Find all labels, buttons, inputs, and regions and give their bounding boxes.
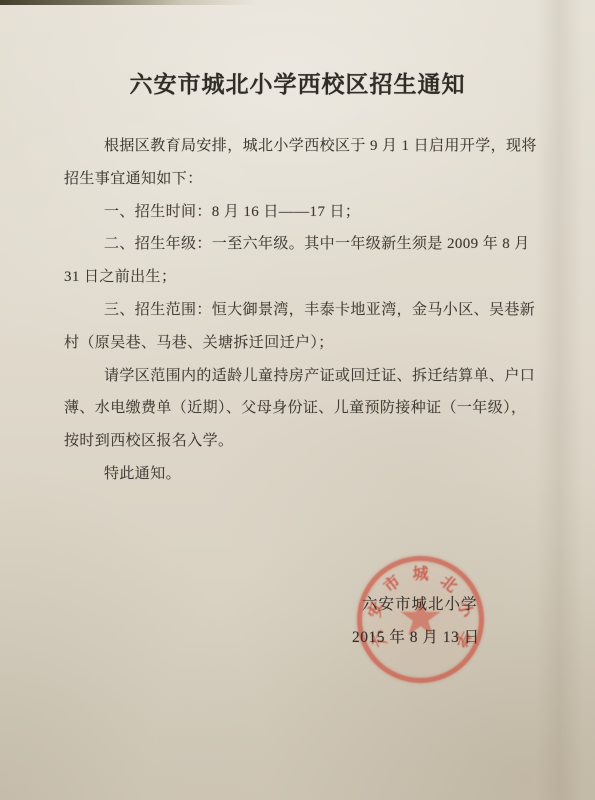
paper-top-edge <box>0 0 330 5</box>
official-seal: ★ 六安市城北小学 <box>357 556 484 683</box>
notice-line: 二、招生年级：一至六年级。其中一年级新生须是 2009 年 8 月 <box>64 228 524 261</box>
notice-document: 六安市城北小学西校区招生通知 根据区教育局安排，城北小学西校区于 9 月 1 日… <box>0 0 595 800</box>
notice-line: 请学区范围内的适龄儿童持房产证或回迁证、拆迁结算单、户口 <box>64 360 524 393</box>
signature-date: 2015 年 8 月 13 日 <box>352 625 480 647</box>
notice-line: 薄、水电缴费单（近期）、父母身份证、儿童预防接种证（一年级）， <box>64 392 524 425</box>
notice-line: 村（原吴巷、马巷、关塘拆迁回迁户）； <box>64 327 524 360</box>
notice-body: 根据区教育局安排，城北小学西校区于 9 月 1 日启用开学，现将招生事宜通知如下… <box>64 130 524 491</box>
notice-line: 一、招生时间：8 月 16 日——17 日； <box>64 196 524 229</box>
seal-arc-character: 城 <box>412 566 429 583</box>
signature-school-name: 六安市城北小学 <box>362 592 478 614</box>
notice-line: 31 日之前出生； <box>64 261 524 294</box>
notice-line: 招生事宜通知如下： <box>64 163 524 196</box>
notice-line: 特此通知。 <box>64 458 524 491</box>
notice-line: 三、招生范围：恒大御景湾，丰泰卡地亚湾，金马小区、吴巷新 <box>64 294 524 327</box>
notice-line: 按时到西校区报名入学。 <box>64 425 524 458</box>
notice-line: 根据区教育局安排，城北小学西校区于 9 月 1 日启用开学，现将 <box>64 130 524 163</box>
notice-title: 六安市城北小学西校区招生通知 <box>0 66 595 99</box>
